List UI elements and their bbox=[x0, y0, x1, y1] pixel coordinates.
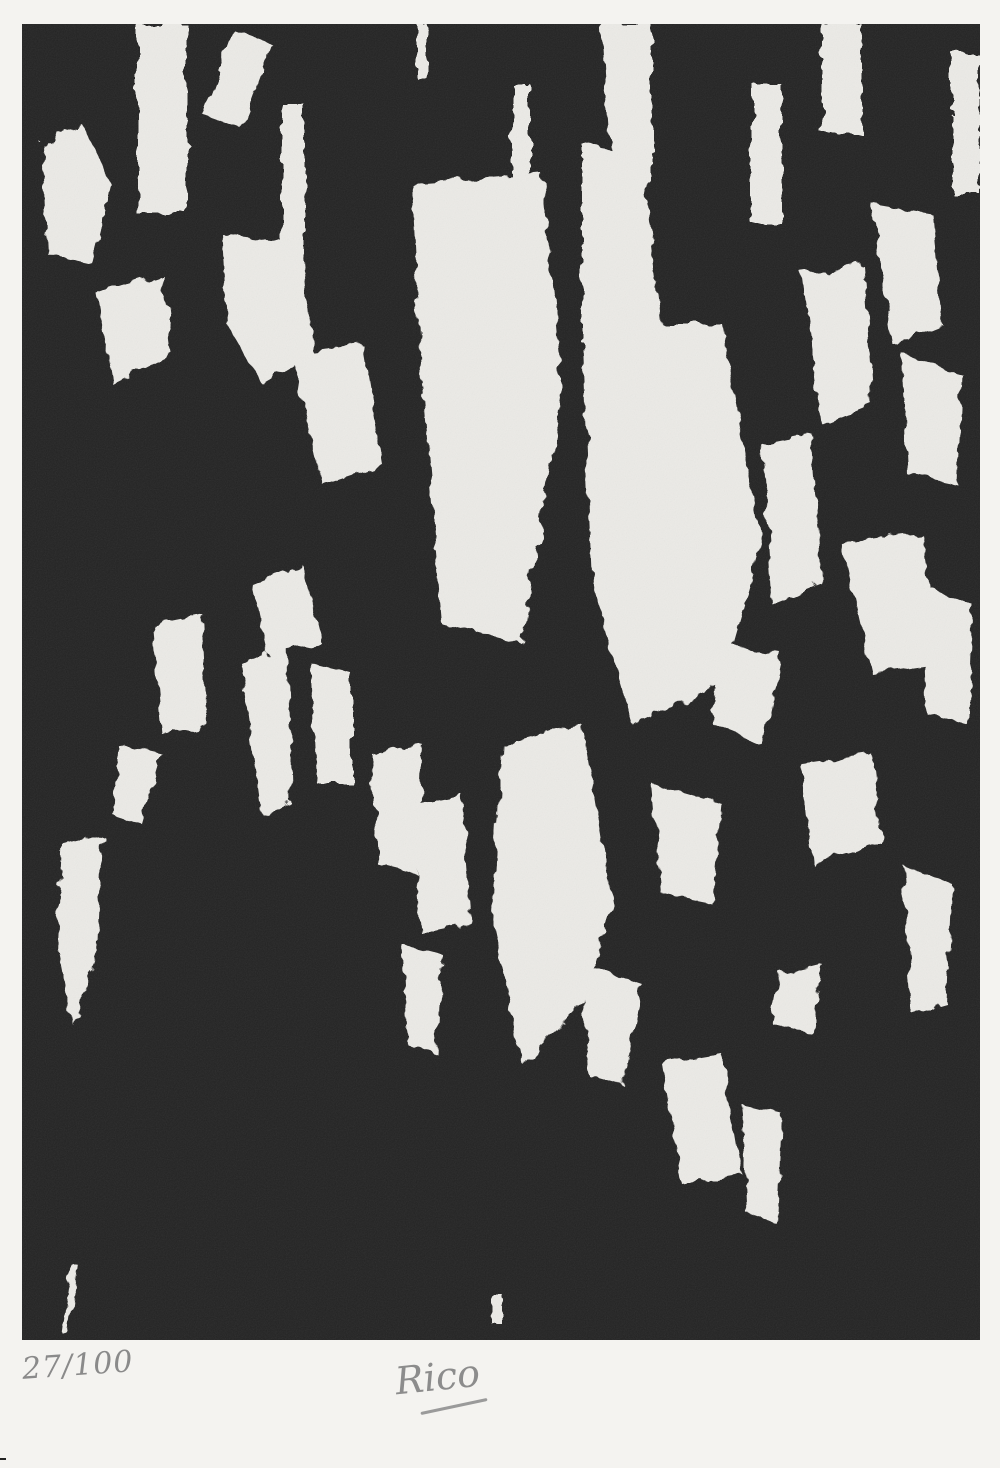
paper-sheet: 27/100 Rico bbox=[0, 0, 1000, 1468]
print-image bbox=[22, 24, 980, 1340]
edge-mark bbox=[0, 1458, 6, 1460]
artist-signature: Rico bbox=[393, 1351, 482, 1404]
edition-number: 27/100 bbox=[21, 1344, 135, 1387]
abstract-composition bbox=[22, 24, 980, 1340]
signature-underline bbox=[420, 1398, 487, 1415]
